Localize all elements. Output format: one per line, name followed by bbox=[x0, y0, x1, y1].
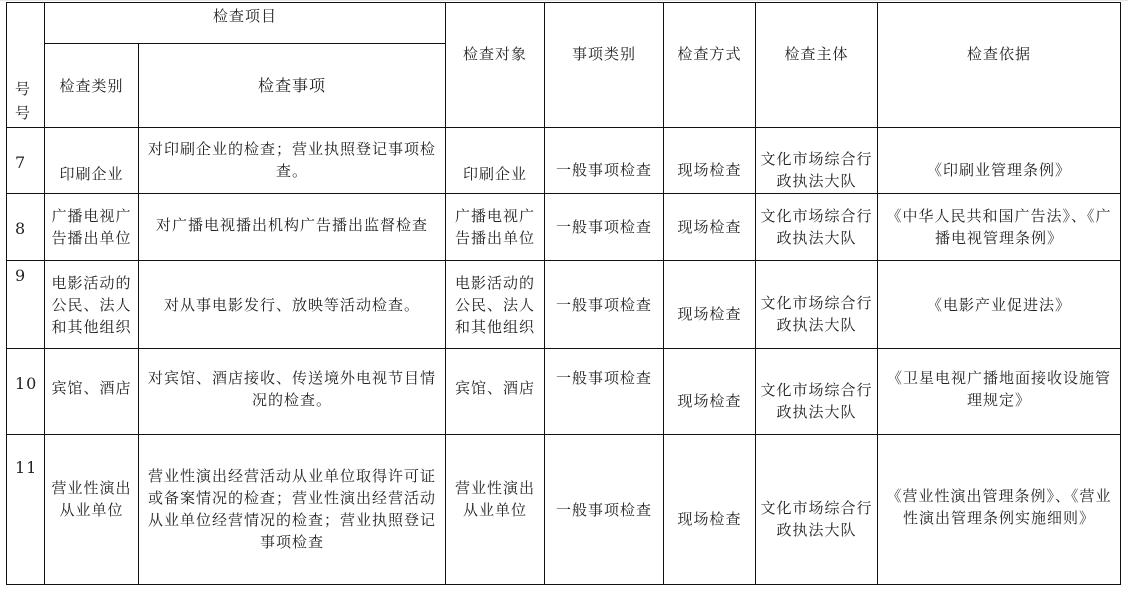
header-basis: 检查依据 bbox=[878, 3, 1121, 128]
row-basis: 《卫星电视广播地面接收设施管理规定》 bbox=[878, 349, 1121, 435]
row-subject: 文化市场综合行政执法大队 bbox=[756, 435, 878, 585]
row-item-type: 一般事项检查 bbox=[545, 349, 664, 435]
row-subject: 文化市场综合行政执法大队 bbox=[756, 194, 878, 261]
header-method: 检查方式 bbox=[664, 3, 756, 128]
inspection-table: 号 号 检查项目 检查对象 事项类别 检查方式 检查主体 检查依据 检查类别 检… bbox=[6, 2, 1121, 585]
row-object: 印刷企业 bbox=[446, 128, 545, 194]
row-subject: 文化市场综合行政执法大队 bbox=[756, 349, 878, 435]
row-number: 10 bbox=[7, 349, 45, 435]
row-method: 现场检查 bbox=[664, 349, 756, 435]
row-item-type: 一般事项检查 bbox=[545, 435, 664, 585]
row-item-type: 一般事项检查 bbox=[545, 128, 664, 194]
header-category: 检查类别 bbox=[45, 44, 139, 128]
row-method: 现场检查 bbox=[664, 261, 756, 349]
header-item-type: 事项类别 bbox=[545, 3, 664, 128]
row-item-type: 一般事项检查 bbox=[545, 261, 664, 349]
table-row: 9 电影活动的公民、法人和其他组织 对从事电影发行、放映等活动检查。 电影活动的… bbox=[7, 261, 1121, 349]
row-matters: 营业性演出经营活动从业单位取得许可证或备案情况的检查；营业性演出经营活动从业单位… bbox=[139, 435, 446, 585]
row-object: 营业性演出从业单位 bbox=[446, 435, 545, 585]
row-object: 广播电视广告播出单位 bbox=[446, 194, 545, 261]
row-basis: 《中华人民共和国广告法》、《广播电视管理条例》 bbox=[878, 194, 1121, 261]
header-matters: 检查事项 bbox=[139, 44, 446, 128]
table-row: 8 广播电视广告播出单位 对广播电视播出机构广告播出监督检查 广播电视广告播出单… bbox=[7, 194, 1121, 261]
row-basis: 《电影产业促进法》 bbox=[878, 261, 1121, 349]
row-category: 印刷企业 bbox=[45, 128, 139, 194]
row-category: 电影活动的公民、法人和其他组织 bbox=[45, 261, 139, 349]
row-basis: 《印刷业管理条例》 bbox=[878, 128, 1121, 194]
table-row: 10 宾馆、酒店 对宾馆、酒店接收、传送境外电视节目情况的检查。 宾馆、酒店 一… bbox=[7, 349, 1121, 435]
row-number: 11 bbox=[7, 435, 45, 585]
row-method: 现场检查 bbox=[664, 128, 756, 194]
row-number: 7 bbox=[7, 128, 45, 194]
row-object: 电影活动的公民、法人和其他组织 bbox=[446, 261, 545, 349]
row-category: 营业性演出从业单位 bbox=[45, 435, 139, 585]
row-category: 宾馆、酒店 bbox=[45, 349, 139, 435]
table-row: 7 印刷企业 对印刷企业的检查；营业执照登记事项检查。 印刷企业 一般事项检查 … bbox=[7, 128, 1121, 194]
row-basis: 《营业性演出管理条例》、《营业性演出管理条例实施细则》 bbox=[878, 435, 1121, 585]
row-number: 9 bbox=[7, 261, 45, 349]
page-edge bbox=[0, 0, 1128, 1]
row-subject: 文化市场综合行政执法大队 bbox=[756, 261, 878, 349]
row-method: 现场检查 bbox=[664, 194, 756, 261]
header-number-line-1: 号 bbox=[15, 77, 40, 101]
row-matters: 对宾馆、酒店接收、传送境外电视节目情况的检查。 bbox=[139, 349, 446, 435]
row-matters: 对广播电视播出机构广告播出监督检查 bbox=[139, 194, 446, 261]
header-number: 号 号 bbox=[7, 3, 45, 128]
header-number-line-2: 号 bbox=[15, 101, 40, 125]
row-matters: 对印刷企业的检查；营业执照登记事项检查。 bbox=[139, 128, 446, 194]
row-item-type: 一般事项检查 bbox=[545, 194, 664, 261]
header-object: 检查对象 bbox=[446, 3, 545, 128]
table-row: 11 营业性演出从业单位 营业性演出经营活动从业单位取得许可证或备案情况的检查；… bbox=[7, 435, 1121, 585]
row-method: 现场检查 bbox=[664, 435, 756, 585]
header-group-title: 检查项目 bbox=[45, 3, 446, 44]
header-subject: 检查主体 bbox=[756, 3, 878, 128]
row-object: 宾馆、酒店 bbox=[446, 349, 545, 435]
row-number: 8 bbox=[7, 194, 45, 261]
row-matters: 对从事电影发行、放映等活动检查。 bbox=[139, 261, 446, 349]
row-category: 广播电视广告播出单位 bbox=[45, 194, 139, 261]
row-subject: 文化市场综合行政执法大队 bbox=[756, 128, 878, 194]
